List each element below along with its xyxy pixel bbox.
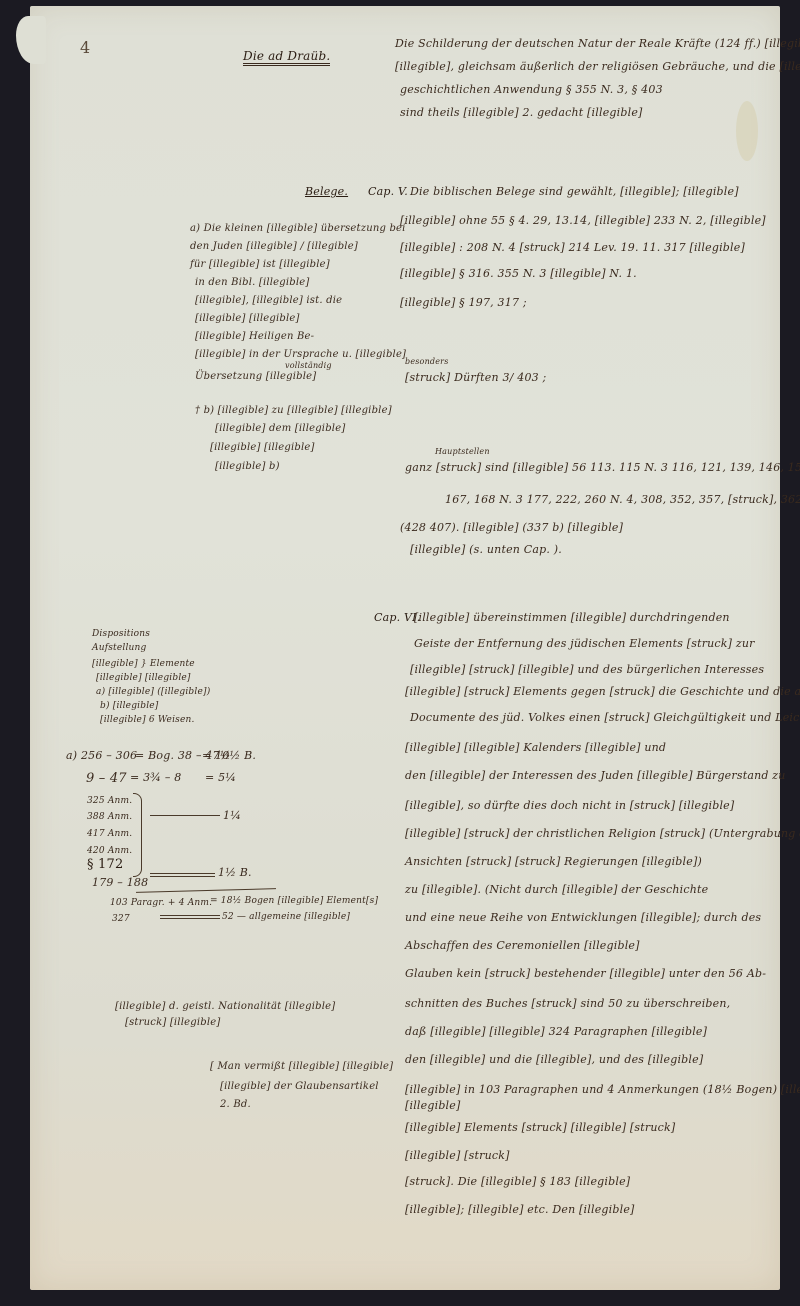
note-a-line-1: a) Die kleinen [illegible] übersetzung b… — [190, 224, 406, 234]
cap6-line-10: Ansichten [struck] [struck] Regierungen … — [405, 856, 702, 867]
note-d-line-1: [ Man vermißt [illegible] [illegible] — [210, 1062, 393, 1072]
cap6-line-6: [illegible] [illegible] Kalenders [illeg… — [405, 742, 666, 753]
outline-line-4: [illegible] [illegible] — [96, 674, 191, 683]
cap6-line-4: [illegible] [struck] Elements gegen [str… — [405, 686, 800, 697]
note-a-line-3: für [illegible] ist [illegible] — [190, 260, 330, 270]
line-403: [struck] Dürften 3/ 403 ; — [405, 372, 546, 383]
row-327-left: 327 — [112, 915, 130, 924]
bracket-item-3: 417 Anm. — [87, 830, 132, 839]
outline-line-1: Dispositions — [92, 630, 150, 639]
list-insert: Hauptstellen — [435, 448, 490, 456]
cap6-line-23: [illegible]; [illegible] etc. Den [illeg… — [405, 1204, 635, 1215]
note-a-line-6: [illegible] [illegible] — [195, 314, 300, 324]
outline-line-5: a) [illegible] ([illegible]) — [96, 688, 210, 697]
page-number: 4 — [80, 40, 90, 56]
list-line-3: (428 407). [illegible] (337 b) [illegibl… — [400, 522, 623, 533]
note-c-line-2: [struck] [illegible] — [125, 1018, 220, 1028]
note-a-line-2: den Juden [illegible] / [illegible] — [190, 242, 358, 252]
calc-row-2-mid: = 3¾ – 8 — [130, 772, 181, 783]
bracket-item-5: § 172 — [87, 858, 123, 871]
rule-327-b — [160, 918, 220, 919]
note-b-line-4: [illegible] b) — [215, 462, 280, 472]
cap5-line-2: [illegible] ohne 55 § 4. 29, 13.14, [ill… — [400, 215, 766, 226]
cap6-line-1: [illegible] übereinstimmen [illegible] d… — [414, 612, 730, 623]
row-103-right: = 18½ Bogen [illegible] Element[s] — [210, 897, 378, 906]
cap6-line-2: Geiste der Entfernung des jüdischen Elem… — [414, 638, 755, 649]
rule-327-a — [160, 915, 220, 916]
cap6-line-17: den [illegible] und die [illegible], und… — [405, 1054, 703, 1065]
cap6-line-9: [illegible] [struck] der christlichen Re… — [405, 828, 800, 839]
cap6-line-18: [illegible] in 103 Paragraphen und 4 Anm… — [405, 1084, 800, 1095]
cap6-line-8: [illegible], so dürfte dies doch nicht i… — [405, 800, 734, 811]
bracket-item-1: 325 Anm. — [87, 797, 132, 806]
calc-row-2-right: = 5¼ — [205, 772, 236, 783]
calc-row-2-left: 9 – 47 — [86, 772, 127, 785]
paper-stain — [736, 101, 758, 161]
outline-line-3: [illegible] } Elemente — [92, 660, 195, 669]
note-a-insert: vollständig — [285, 362, 332, 370]
list-line-2: 167, 168 N. 3 177, 222, 260 N. 4, 308, 3… — [445, 494, 800, 505]
intro-line-3: geschichtlichen Anwendung § 355 N. 3, § … — [400, 84, 663, 95]
cap5-line-1: Die biblischen Belege sind gewählt, [ill… — [410, 186, 739, 197]
cap5-line-3: [illegible] : 208 N. 4 [struck] 214 Lev.… — [400, 242, 745, 253]
cap6-line-11: zu [illegible]. (Nicht durch [illegible]… — [405, 884, 708, 895]
belege-label: Belege. — [305, 186, 348, 197]
cap5-line-5: [illegible] § 197, 317 ; — [400, 297, 527, 308]
note-a-line-5: [illegible], [illegible] ist. die — [195, 296, 342, 306]
intro-line-2: [illegible], gleichsam äußerlich der rel… — [395, 61, 800, 72]
cap5-line-4: [illegible] § 316. 355 N. 3 [illegible] … — [400, 268, 637, 279]
cap6-line-12: und eine neue Reihe von Entwicklungen [i… — [405, 912, 761, 923]
cap6-line-7: den [illegible] der Interessen des Juden… — [405, 770, 786, 781]
note-b-line-2: [illegible] dem [illegible] — [215, 424, 345, 434]
outline-line-2: Aufstellung — [92, 644, 147, 653]
cap6-line-3: [illegible] [struck] [illegible] und des… — [410, 664, 764, 675]
rule-179-b — [150, 876, 215, 877]
note-b-line-3: [illegible] [illegible] — [210, 443, 315, 453]
brace — [133, 793, 142, 877]
list-line-1: ganz [struck] sind [illegible] 56 113. 1… — [405, 462, 800, 473]
row-179-left: 179 – 188 — [92, 877, 148, 888]
intro-line-1: Die Schilderung der deutschen Natur der … — [395, 38, 800, 49]
outline-line-7: [illegible] 6 Weisen. — [100, 716, 195, 725]
note-a-line-8: [illegible] in der Ursprache u. [illegib… — [195, 350, 406, 360]
calc-row-1-right: = 10½ B. — [202, 750, 256, 761]
bracket-value: 1¼ — [223, 810, 241, 821]
note-d-line-2: [illegible] der Glaubensartikel — [220, 1082, 379, 1092]
cap5-label: Cap. V. — [368, 186, 408, 197]
cap6-line-19: [illegible] — [405, 1100, 460, 1111]
cap6-line-21: [illegible] [struck] — [405, 1150, 510, 1161]
row-103-left: 103 Paragr. + 4 Anm. — [110, 899, 212, 908]
bracket-item-2: 388 Anm. — [87, 813, 132, 822]
cap6-line-22: [struck]. Die [illegible] § 183 [illegib… — [405, 1176, 630, 1187]
note-d-line-3: 2. Bd. — [220, 1100, 251, 1110]
intro-line-4: sind theils [illegible] 2. gedacht [ille… — [400, 107, 643, 118]
rule-179-a — [150, 873, 215, 874]
cap6-line-5: Documente des jüd. Volkes einen [struck]… — [410, 712, 800, 723]
cap6-line-20: [illegible] Elements [struck] [illegible… — [405, 1122, 675, 1133]
note-b-line-1: † b) [illegible] zu [illegible] [illegib… — [195, 406, 392, 416]
page-heading: Die ad Draüb. — [243, 50, 330, 66]
note-c-line-1: [illegible] d. geistl. Nationalität [ill… — [115, 1002, 335, 1012]
outline-line-6: b) [illegible] — [100, 702, 159, 711]
note-a-line-4: in den Bibl. [illegible] — [195, 278, 310, 288]
bracket-item-4: 420 Anm. — [87, 847, 132, 856]
row-327-right: 52 — allgemeine [illegible] — [222, 913, 350, 922]
line-403-insert: besonders — [405, 358, 449, 366]
note-a-line-9: Übersetzung [illegible] — [195, 372, 316, 382]
cap6-line-13: Abschaffen des Ceremoniellen [illegible] — [405, 940, 640, 951]
calc-row-1-left: a) 256 – 306 — [66, 750, 137, 761]
cap6-line-16: daß [illegible] [illegible] 324 Paragrap… — [405, 1026, 707, 1037]
cap6-line-14: Glauben kein [struck] bestehender [illeg… — [405, 968, 766, 979]
note-a-line-7: [illegible] Heiligen Be- — [195, 332, 314, 342]
list-line-4: [illegible] (s. unten Cap. ). — [410, 544, 562, 555]
brace-rule — [150, 815, 220, 816]
row-179-right: 1½ B. — [218, 867, 252, 878]
cap6-line-15: schnitten des Buches [struck] sind 50 zu… — [405, 998, 730, 1009]
